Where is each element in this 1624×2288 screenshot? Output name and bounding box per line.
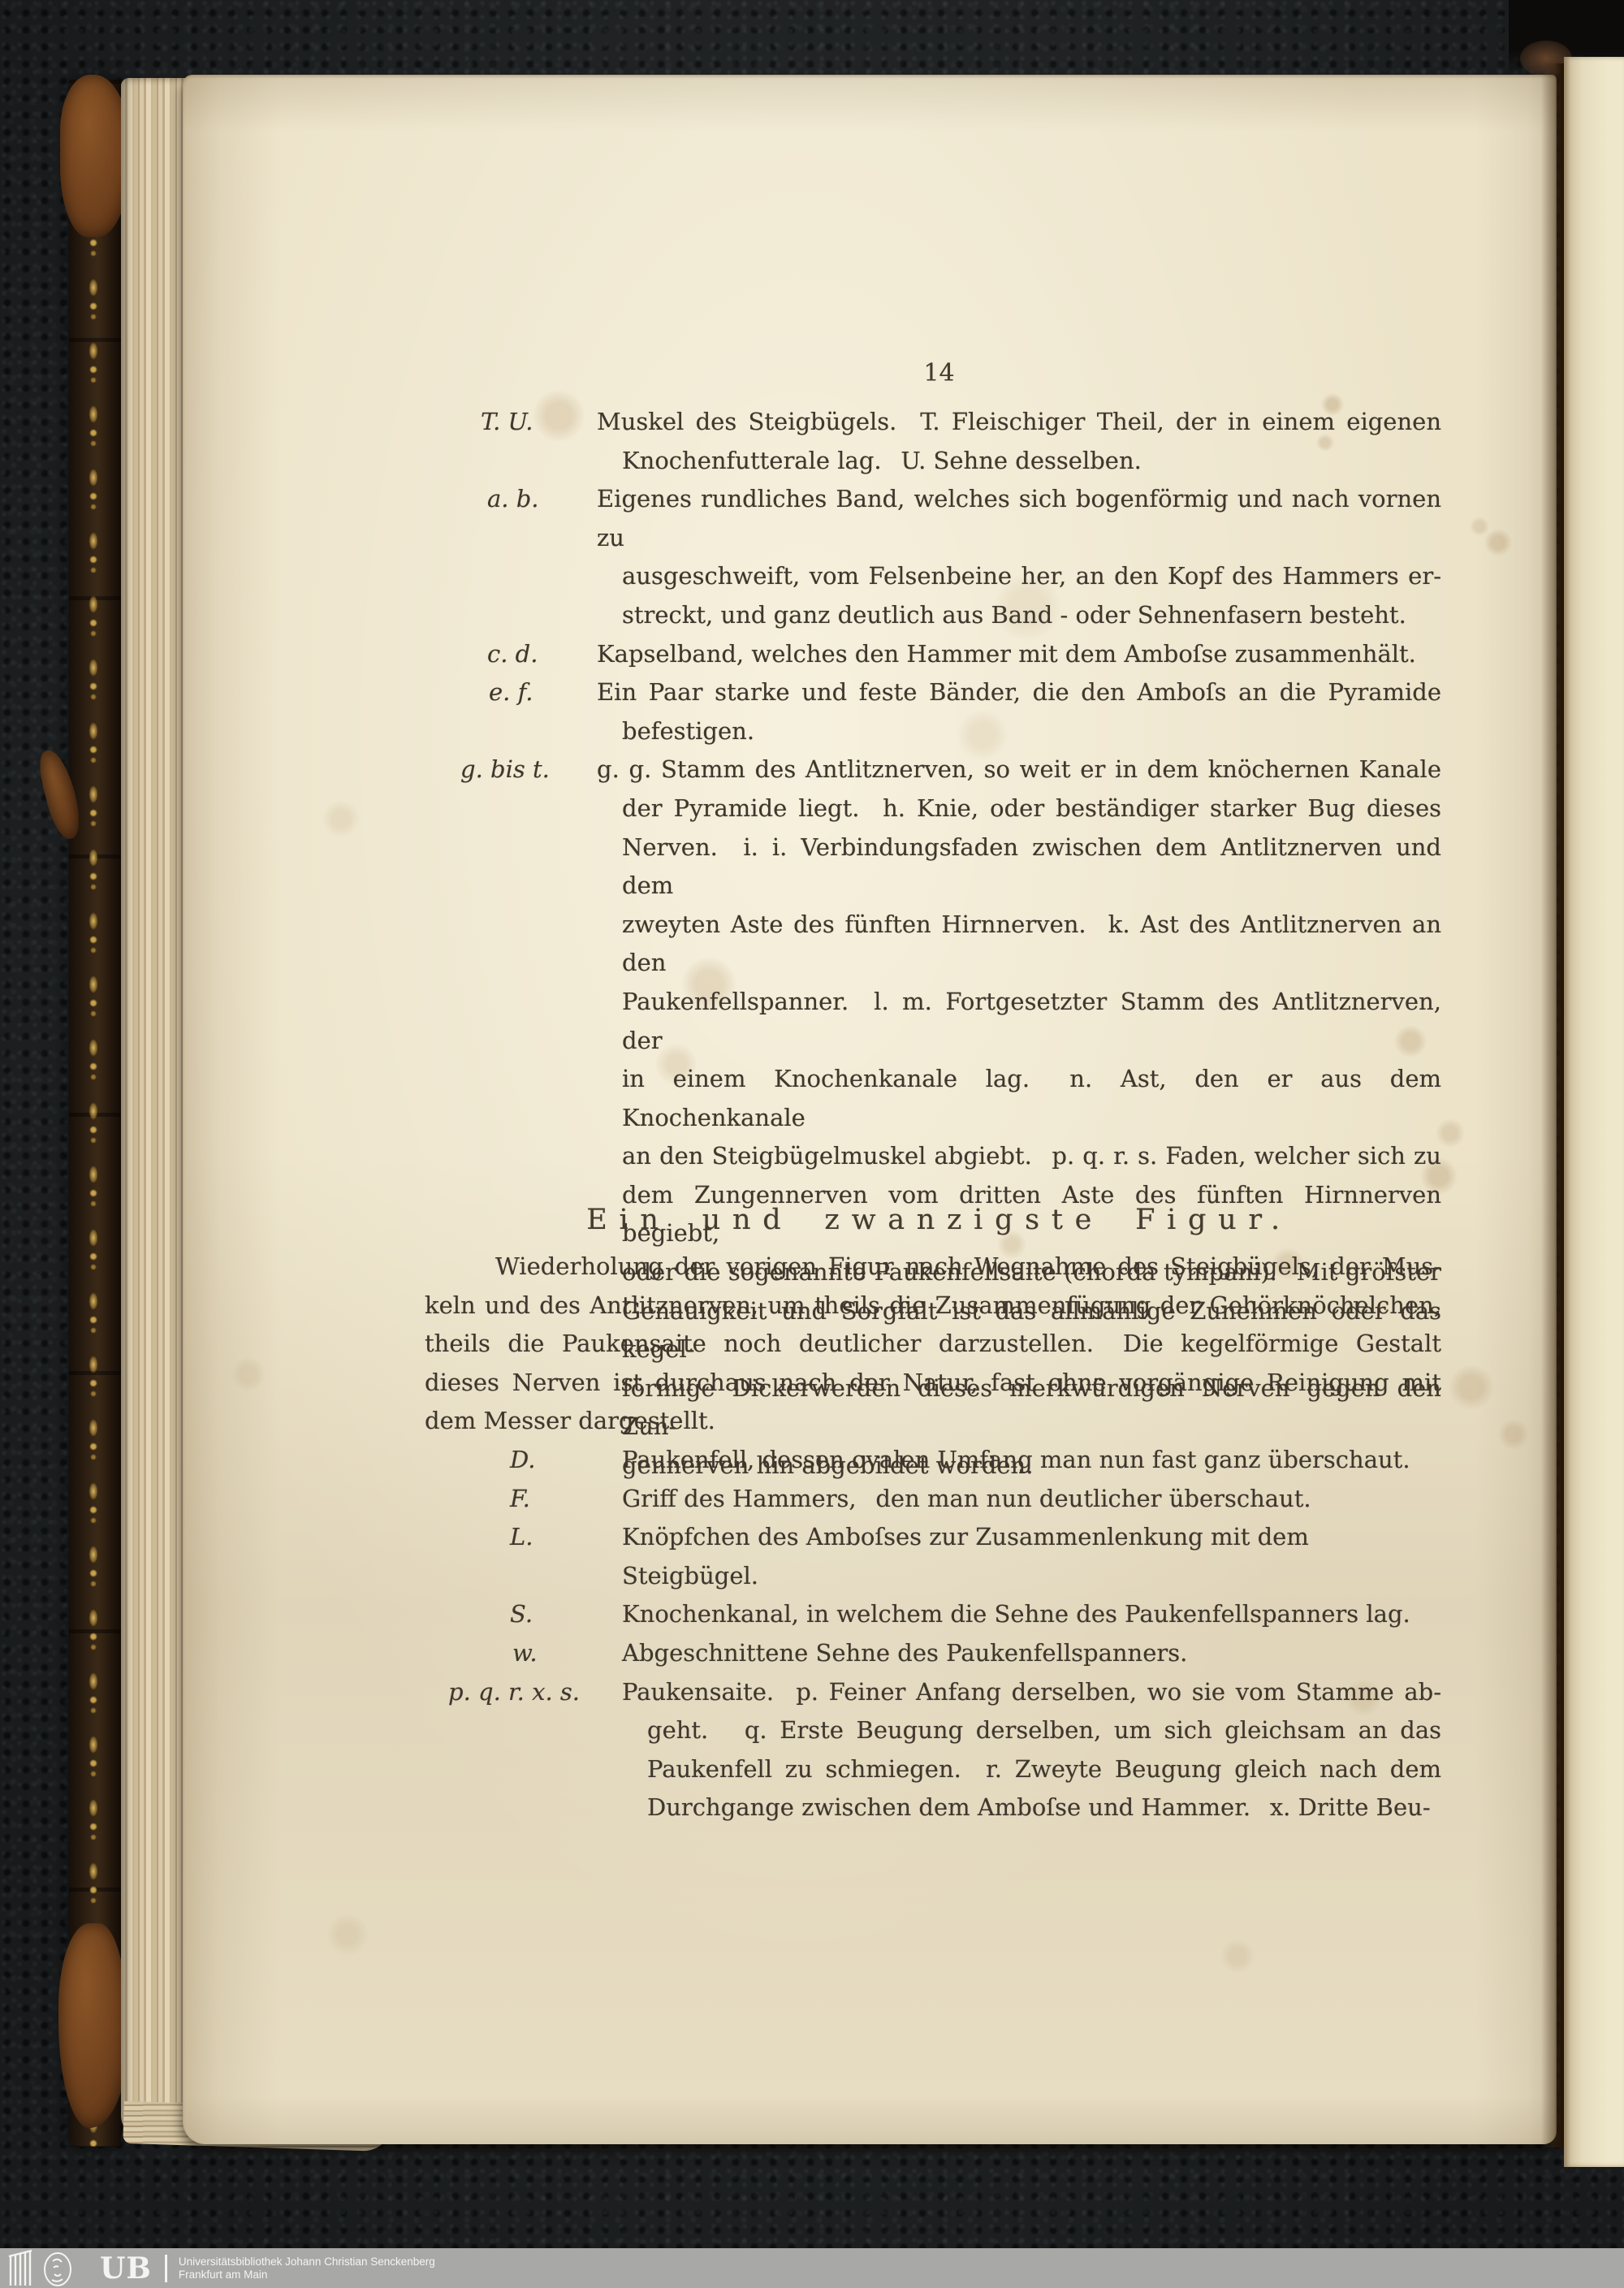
page-number-text: 14 <box>425 354 1453 393</box>
text-line: Paukenfell zu schmiegen. r. Zweyte Beugu… <box>647 1750 1441 1789</box>
text-line: theils die Paukensaite noch deutlicher d… <box>425 1325 1441 1364</box>
legend-lines: Knochenkanal, in welchem die Sehne des P… <box>622 1595 1441 1634</box>
legend-lines: Ein Paar starke und feste Bänder, die de… <box>597 673 1441 750</box>
text-line: Eigenes rundliches Band, welches sich bo… <box>597 480 1441 557</box>
legend-entry: L. Knöpfchen des Amboſses zur Zusammenle… <box>425 1518 1453 1595</box>
ub-logo-text: UB <box>100 2251 152 2286</box>
text-line: ausgeschweift, vom Felsenbeine her, an d… <box>622 557 1441 596</box>
legend-lines: Griff des Hammers, den man nun deutliche… <box>622 1480 1441 1519</box>
legend-label: a. b. <box>487 480 539 519</box>
page-number: 14 <box>425 354 1453 393</box>
legend-lines: Muskel des Steigbügels. T. Fleischiger T… <box>597 403 1441 480</box>
legend-label: T. U. <box>481 403 533 442</box>
book-page: 14 T. U. Muskel des Steigbügels. T. Flei… <box>183 75 1557 2144</box>
section-heading-text: Ein und zwanzigste Figur. <box>425 1201 1453 1240</box>
text-line: dem Messer dargestellt. <box>425 1402 1441 1441</box>
text-line: g. g. Stamm des Antlitznerven, so weit e… <box>597 750 1441 789</box>
text-line: geht. q. Erste Beugung derselben, um sic… <box>647 1711 1441 1750</box>
legend-lines: Paukensaite. p. Feiner Anfang derselben,… <box>622 1673 1441 1827</box>
text-line: zweyten Aste des fünften Hirnnerven. k. … <box>622 906 1441 983</box>
legend-label: w. <box>512 1634 538 1673</box>
text-line: Knochenfutterale lag. U. Sehne desselben… <box>622 442 1441 481</box>
legend-label: c. d. <box>487 635 538 674</box>
legend-label: D. <box>510 1441 535 1480</box>
legend-label: S. <box>510 1595 533 1634</box>
legend-label: F. <box>510 1480 530 1519</box>
text-line: Knöpfchen des Amboſses zur Zusammenlenku… <box>622 1518 1441 1595</box>
ub-library-logo-icon <box>7 2250 95 2287</box>
text-line: Griff des Hammers, den man nun deutliche… <box>622 1480 1441 1519</box>
library-footer-bar: UB Universitätsbibliothek Johann Christi… <box>0 2248 1624 2288</box>
text-line: Wiederholung der vorigen Figur nach Wegn… <box>425 1248 1441 1287</box>
library-city: Frankfurt am Main <box>179 2269 435 2282</box>
legend-lines: Abgeschnittene Sehne des Paukenfellspann… <box>622 1634 1441 1673</box>
text-line: an den Steigbügelmuskel abgiebt. p. q. r… <box>622 1137 1441 1176</box>
text-line: in einem Knochenkanale lag. n. Ast, den … <box>622 1060 1441 1137</box>
figure-description-paragraph: Wiederholung der vorigen Figur nach Wegn… <box>425 1248 1441 1441</box>
page-gutter-shadow <box>1541 63 1566 2147</box>
section-heading: Ein und zwanzigste Figur. <box>425 1201 1453 1240</box>
legend-entry: F. Griff des Hammers, den man nun deutli… <box>425 1480 1453 1519</box>
spine-tear-bottom <box>58 1923 127 2128</box>
legend-entry: D. Paukenfell, dessen ovalen Umfang man … <box>425 1441 1453 1480</box>
facing-page-sliver <box>1564 57 1624 2167</box>
legend-label: p. q. r. x. s. <box>448 1673 580 1712</box>
text-line: Paukenfell, dessen ovalen Umfang man nun… <box>622 1441 1441 1480</box>
text-line: dieses Nerven ist durchaus nach der Natu… <box>425 1364 1441 1403</box>
logo-divider <box>165 2255 167 2282</box>
text-line: Paukensaite. p. Feiner Anfang derselben,… <box>622 1673 1441 1712</box>
text-line: Muskel des Steigbügels. T. Fleischiger T… <box>597 403 1441 442</box>
figure-legend-bottom: D. Paukenfell, dessen ovalen Umfang man … <box>425 1441 1453 1827</box>
legend-entry: w. Abgeschnittene Sehne des Paukenfellsp… <box>425 1634 1453 1673</box>
legend-entry: e. f. Ein Paar starke und feste Bänder, … <box>425 673 1453 750</box>
text-line: Kapselband, welches den Hammer mit dem A… <box>597 635 1441 674</box>
spine-gilt-ornament <box>81 80 106 2147</box>
page-edge-stack <box>121 78 189 2139</box>
text-line: streckt, und ganz deutlich aus Band - od… <box>622 596 1441 635</box>
legend-label: e. f. <box>489 673 533 712</box>
legend-lines: Eigenes rundliches Band, welches sich bo… <box>597 480 1441 634</box>
book-spine <box>69 80 121 2147</box>
library-name: Universitätsbibliothek Johann Christian … <box>179 2256 435 2269</box>
legend-entry: c. d. Kapselband, welches den Hammer mit… <box>425 635 1453 674</box>
legend-entry: S. Knochenkanal, in welchem die Sehne de… <box>425 1595 1453 1634</box>
text-line: Knochenkanal, in welchem die Sehne des P… <box>622 1595 1441 1634</box>
text-line: keln und des Antlitznerven, um theils di… <box>425 1287 1441 1326</box>
legend-lines: Kapselband, welches den Hammer mit dem A… <box>597 635 1441 674</box>
legend-label: L. <box>510 1518 533 1557</box>
library-caption: Universitätsbibliothek Johann Christian … <box>179 2256 435 2281</box>
text-line: Paukenfellspanner. l. m. Fortgesetzter S… <box>622 983 1441 1060</box>
legend-entry: p. q. r. x. s. Paukensaite. p. Feiner An… <box>425 1673 1453 1827</box>
text-line: Nerven. i. i. Verbindungsfaden zwischen … <box>622 828 1441 906</box>
legend-entry: T. U. Muskel des Steigbügels. T. Fleisch… <box>425 403 1453 480</box>
text-line: der Pyramide liegt. h. Knie, oder bestän… <box>622 789 1441 828</box>
legend-lines: Knöpfchen des Amboſses zur Zusammenlenku… <box>622 1518 1441 1595</box>
text-line: Ein Paar starke und feste Bänder, die de… <box>597 673 1441 712</box>
text-line: Abgeschnittene Sehne des Paukenfellspann… <box>622 1634 1441 1673</box>
legend-label: g. bis t. <box>460 750 550 789</box>
legend-entry: a. b. Eigenes rundliches Band, welches s… <box>425 480 1453 634</box>
text-line: Durchgange zwischen dem Amboſse und Hamm… <box>647 1788 1441 1827</box>
text-line: befestigen. <box>622 712 1441 751</box>
legend-lines: Paukenfell, dessen ovalen Umfang man nun… <box>622 1441 1441 1480</box>
